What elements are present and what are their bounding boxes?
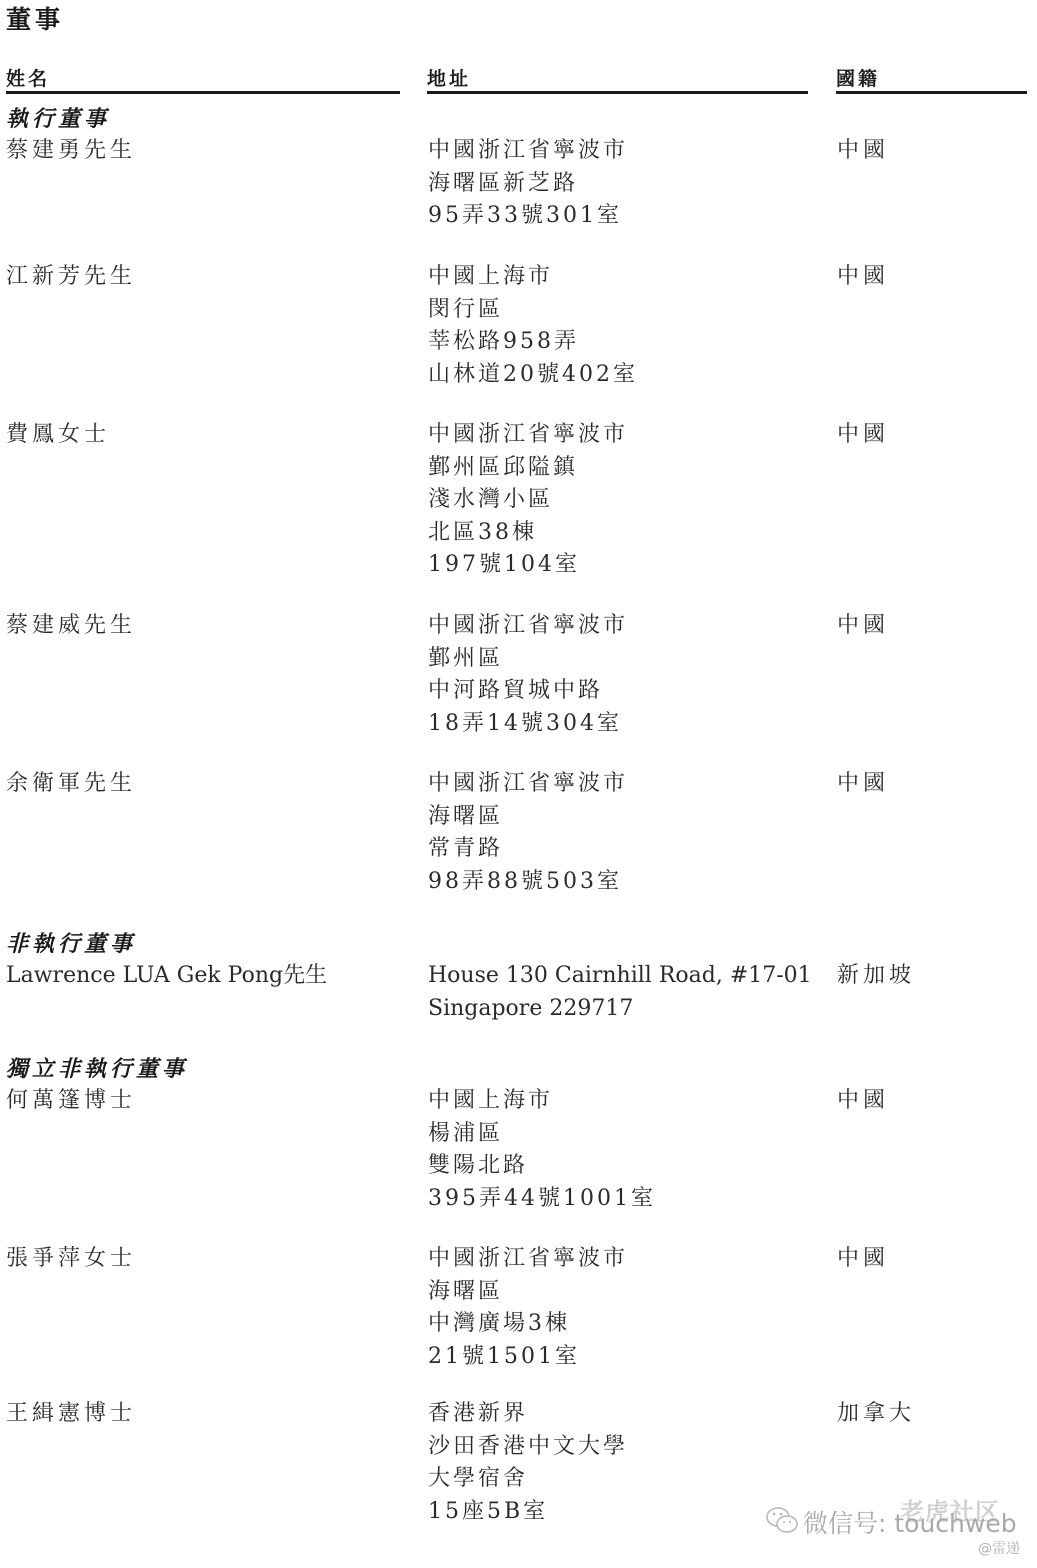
director-name: 余衛軍先生 [6,768,136,801]
director-name: 何萬篷博士 [6,1085,136,1118]
director-address: 中國浙江省寧波市 海曙區 中灣廣場3棟 21號1501室 [428,1243,628,1373]
address-line: 雙陽北路 [428,1150,656,1183]
watermark-handle: @雷递 [978,1538,1020,1558]
section-label-non-executive: 非執行董事 [6,927,136,958]
director-nationality: 中國 [837,610,889,643]
address-line: 21號1501室 [428,1341,628,1374]
address-line: 中國浙江省寧波市 [428,135,628,168]
address-line: 海曙區 [428,1276,628,1309]
director-address: 中國浙江省寧波市 鄞州區 中河路貿城中路 18弄14號304室 [428,610,628,740]
watermark: 老虎社区 微信号: touchweb @雷递 [765,1500,1037,1560]
column-header-name: 姓名 [6,64,400,94]
director-name: 江新芳先生 [6,261,136,294]
section-label-independent-non-executive: 獨立非執行董事 [6,1052,188,1083]
address-line: 鄞州區 [428,643,628,676]
section-label-executive: 執行董事 [6,102,110,133]
address-line: 中國浙江省寧波市 [428,1243,628,1276]
director-nationality: 新加坡 [837,960,915,993]
director-nationality: 中國 [837,768,889,801]
director-nationality: 中國 [837,1085,889,1118]
address-line: 大學宿舍 [428,1463,628,1496]
wechat-icon [765,1506,799,1534]
director-nationality: 中國 [837,419,889,452]
address-line: 中河路貿城中路 [428,675,628,708]
director-name: 蔡建勇先生 [6,135,136,168]
address-line: Singapore 229717 [428,993,812,1026]
director-address: 中國浙江省寧波市 海曙區新芝路 95弄33號301室 [428,135,628,233]
address-line: 香港新界 [428,1398,628,1431]
column-header-address: 地址 [427,64,808,94]
address-line: 197號104室 [428,549,628,582]
address-line: House 130 Cairnhill Road, #17-01 [428,960,812,993]
address-line: 山林道20號402室 [428,359,638,392]
address-line: 中灣廣場3棟 [428,1308,628,1341]
address-line: 中國上海市 [428,1085,656,1118]
director-address: House 130 Cairnhill Road, #17-01 Singapo… [428,960,812,1025]
address-line: 中國浙江省寧波市 [428,768,628,801]
director-name: Lawrence LUA Gek Pong先生 [6,960,327,993]
address-line: 海曙區新芝路 [428,168,628,201]
director-address: 中國浙江省寧波市 鄞州區邱隘鎮 淺水灣小區 北區38棟 197號104室 [428,419,628,582]
director-name: 費鳳女士 [6,419,110,452]
director-nationality: 加拿大 [837,1398,915,1431]
column-header-nationality: 國籍 [836,64,1027,94]
address-line: 395弄44號1001室 [428,1183,656,1216]
address-line: 閔行區 [428,294,638,327]
address-line: 18弄14號304室 [428,708,628,741]
director-nationality: 中國 [837,135,889,168]
director-name: 張爭萍女士 [6,1243,136,1276]
address-line: 中國浙江省寧波市 [428,610,628,643]
address-line: 莘松路958弄 [428,326,638,359]
address-line: 楊浦區 [428,1118,656,1151]
address-line: 淺水灣小區 [428,484,628,517]
page-title: 董事 [6,0,64,36]
director-address: 中國上海市 閔行區 莘松路958弄 山林道20號402室 [428,261,638,391]
address-line: 中國上海市 [428,261,638,294]
address-line: 沙田香港中文大學 [428,1431,628,1464]
address-line: 海曙區 [428,801,628,834]
address-line: 98弄88號503室 [428,866,628,899]
director-nationality: 中國 [837,261,889,294]
address-line: 北區38棟 [428,517,628,550]
watermark-account: 微信号: touchweb [803,1504,1017,1540]
director-nationality: 中國 [837,1243,889,1276]
address-line: 15座5B室 [428,1496,628,1529]
director-address: 香港新界 沙田香港中文大學 大學宿舍 15座5B室 [428,1398,628,1528]
address-line: 95弄33號301室 [428,200,628,233]
address-line: 常青路 [428,833,628,866]
director-address: 中國上海市 楊浦區 雙陽北路 395弄44號1001室 [428,1085,656,1215]
director-name: 蔡建威先生 [6,610,136,643]
director-address: 中國浙江省寧波市 海曙區 常青路 98弄88號503室 [428,768,628,898]
director-name: 王緝憲博士 [6,1398,136,1431]
address-line: 鄞州區邱隘鎮 [428,452,628,485]
address-line: 中國浙江省寧波市 [428,419,628,452]
